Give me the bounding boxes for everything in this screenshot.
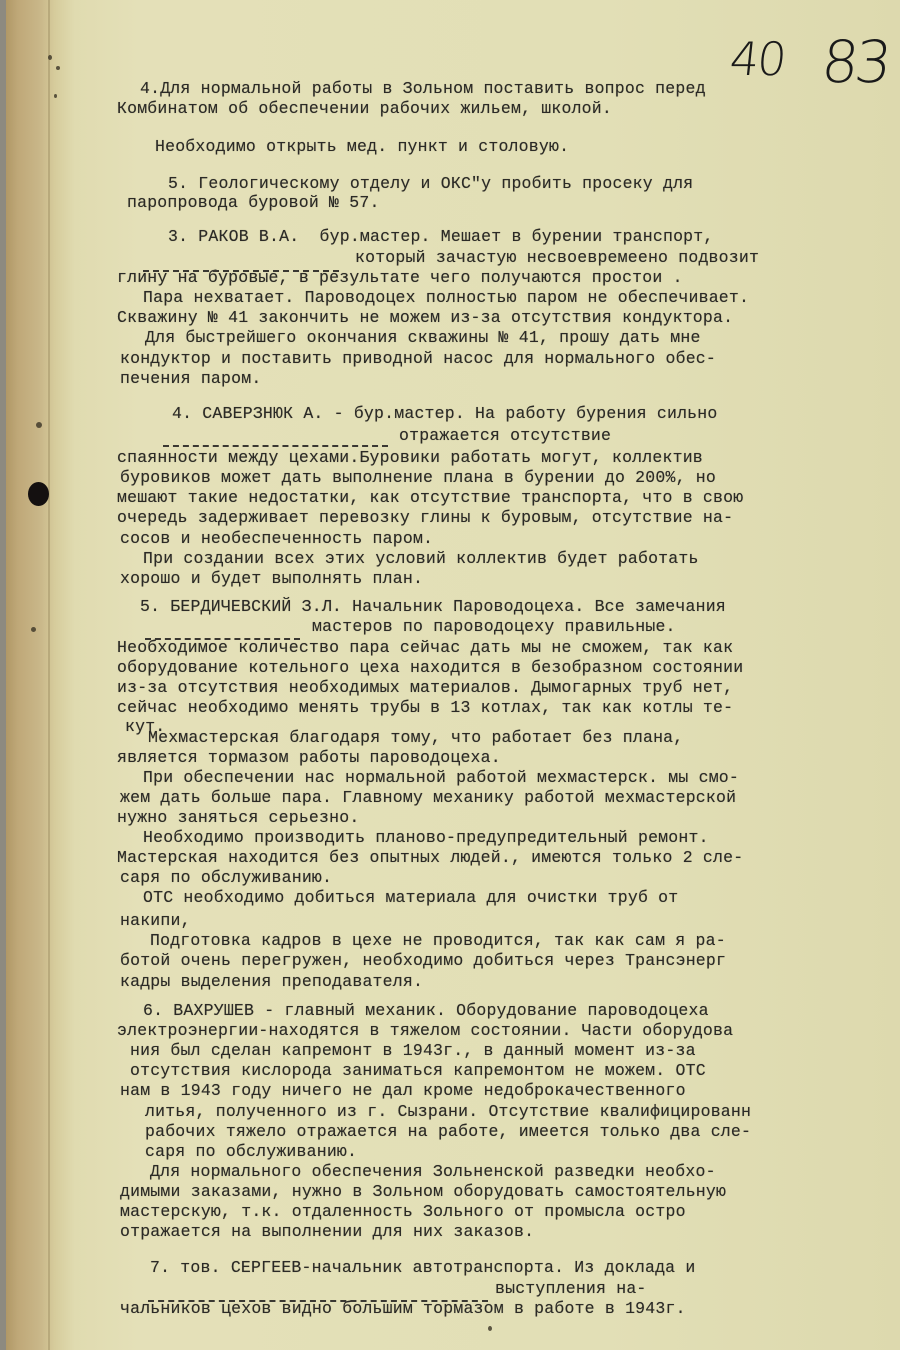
- binding-mark: [54, 94, 57, 98]
- text-line: Мехмастерская благодаря тому, что работа…: [148, 728, 683, 747]
- binding-mark: [48, 55, 52, 60]
- text-line: паропровода буровой № 57.: [127, 193, 380, 212]
- text-line: нам в 1943 году ничего не дал кроме недо…: [120, 1081, 686, 1100]
- text-line: сосов и необеспеченность паром.: [120, 529, 433, 548]
- text-line: хорошо и будет выполнять план.: [120, 569, 423, 588]
- text-line: 5. БЕРДИЧЕВСКИЙ З.Л. Начальник Пароводоц…: [140, 597, 726, 616]
- dashed-underline: [143, 270, 339, 272]
- text-line: сейчас необходимо менять трубы в 13 котл…: [117, 698, 733, 717]
- text-line: оборудование котельного цеха находится в…: [117, 658, 743, 677]
- text-line: рабочих тяжело отражается на работе, име…: [145, 1122, 751, 1141]
- text-line: нужно заняться серьезно.: [117, 808, 359, 827]
- text-line: саря по обслуживанию.: [120, 868, 332, 887]
- binding-mark: [56, 66, 60, 70]
- ink-speck: [488, 1326, 492, 1331]
- text-line: Необходимо открыть мед. пункт и столовую…: [155, 137, 569, 156]
- text-line: из-за отсутствия необходимых материалов.…: [117, 678, 733, 697]
- text-line: отражается на выполнении для них заказов…: [120, 1222, 534, 1241]
- text-line: ния был сделан капремонт в 1943г., в дан…: [130, 1041, 696, 1060]
- text-line: Мастерская находится без опытных людей.,…: [117, 848, 743, 867]
- text-line: Скважину № 41 закончить не можем из-за о…: [117, 308, 733, 327]
- text-line: электроэнергии-находятся в тяжелом состо…: [117, 1021, 733, 1040]
- dashed-underline: [163, 445, 388, 447]
- dashed-underline: [145, 638, 300, 640]
- text-line: накипи,: [120, 911, 191, 930]
- text-line: Для быстрейшего окончания скважины № 41,…: [145, 328, 701, 347]
- text-line: 4. САВЕРЗНЮК А. - бур.мастер. На работу …: [172, 404, 718, 423]
- binding-mark: [36, 422, 42, 428]
- text-line: очередь задерживает перевозку глины к бу…: [117, 508, 733, 527]
- text-line: Подготовка кадров в цехе не проводится, …: [150, 931, 726, 950]
- text-line: печения паром.: [120, 369, 261, 388]
- text-line: Необходимое количество пара сейчас дать …: [117, 638, 733, 657]
- scan-edge: [0, 0, 6, 1350]
- text-line: буровиков может дать выполнение плана в …: [120, 468, 716, 487]
- text-line: ботой очень перегружен, необходимо добит…: [120, 951, 726, 970]
- text-line: мешают такие недостатки, как отсутствие …: [117, 488, 743, 507]
- text-line: литья, полученного из г. Сызрани. Отсутс…: [145, 1102, 751, 1121]
- text-line: 4.Для нормальной работы в Зольном постав…: [140, 79, 706, 98]
- text-line: кадры выделения преподавателя.: [120, 972, 423, 991]
- text-line: При создании всех этих условий коллектив…: [143, 549, 699, 568]
- binding-fold: [48, 0, 50, 1350]
- text-line: При обеспечении нас нормальной работой м…: [143, 768, 739, 787]
- text-line: спаянности между цехами.Буровики работат…: [117, 448, 703, 467]
- binding-mark: [31, 627, 36, 632]
- text-line: Комбинатом об обеспечении рабочих жильем…: [117, 99, 612, 118]
- document-page: 40 83 4.Для нормальной работы в Зольном …: [0, 0, 900, 1350]
- text-line: жем дать больше пара. Главному механику …: [120, 788, 736, 807]
- text-line: 6. ВАХРУШЕВ - главный механик. Оборудова…: [143, 1001, 709, 1020]
- punch-hole: [28, 482, 49, 506]
- text-line: димыми заказами, нужно в Зольном оборудо…: [120, 1182, 726, 1201]
- text-line: 7. тов. СЕРГЕЕВ-начальник автотранспорта…: [150, 1258, 696, 1277]
- text-line: является тормазом работы пароводоцеха.: [117, 748, 501, 767]
- text-line: саря по обслуживанию.: [145, 1142, 357, 1161]
- text-line: Необходимо производить планово-предупред…: [143, 828, 709, 847]
- dashed-underline: [148, 1300, 488, 1302]
- text-line: 3. РАКОВ В.А. бур.мастер. Мешает в бурен…: [168, 227, 714, 246]
- text-line: ОТС необходимо добиться материала для оч…: [143, 888, 678, 907]
- text-line: отсутствия кислорода заниматься капремон…: [130, 1061, 706, 1080]
- text-line: отражается отсутствие: [399, 426, 611, 445]
- handwritten-old-page-number: 40: [727, 32, 787, 86]
- text-line: выступления на-: [495, 1279, 647, 1298]
- text-line: Пара нехватает. Пароводоцех полностью па…: [143, 288, 749, 307]
- text-line: мастерскую, т.к. отдаленность Зольного о…: [120, 1202, 686, 1221]
- text-line: кондуктор и поставить приводной насос дл…: [120, 349, 716, 368]
- handwritten-page-number: 83: [818, 28, 891, 96]
- text-line: который зачастую несвоевремеено подвозит: [355, 248, 759, 267]
- text-line: 5. Геологическому отделу и ОКС"у пробить…: [168, 174, 693, 193]
- text-line: мастеров по пароводоцеху правильные.: [312, 617, 676, 636]
- text-line: Для нормального обеспечения Зольненской …: [150, 1162, 716, 1181]
